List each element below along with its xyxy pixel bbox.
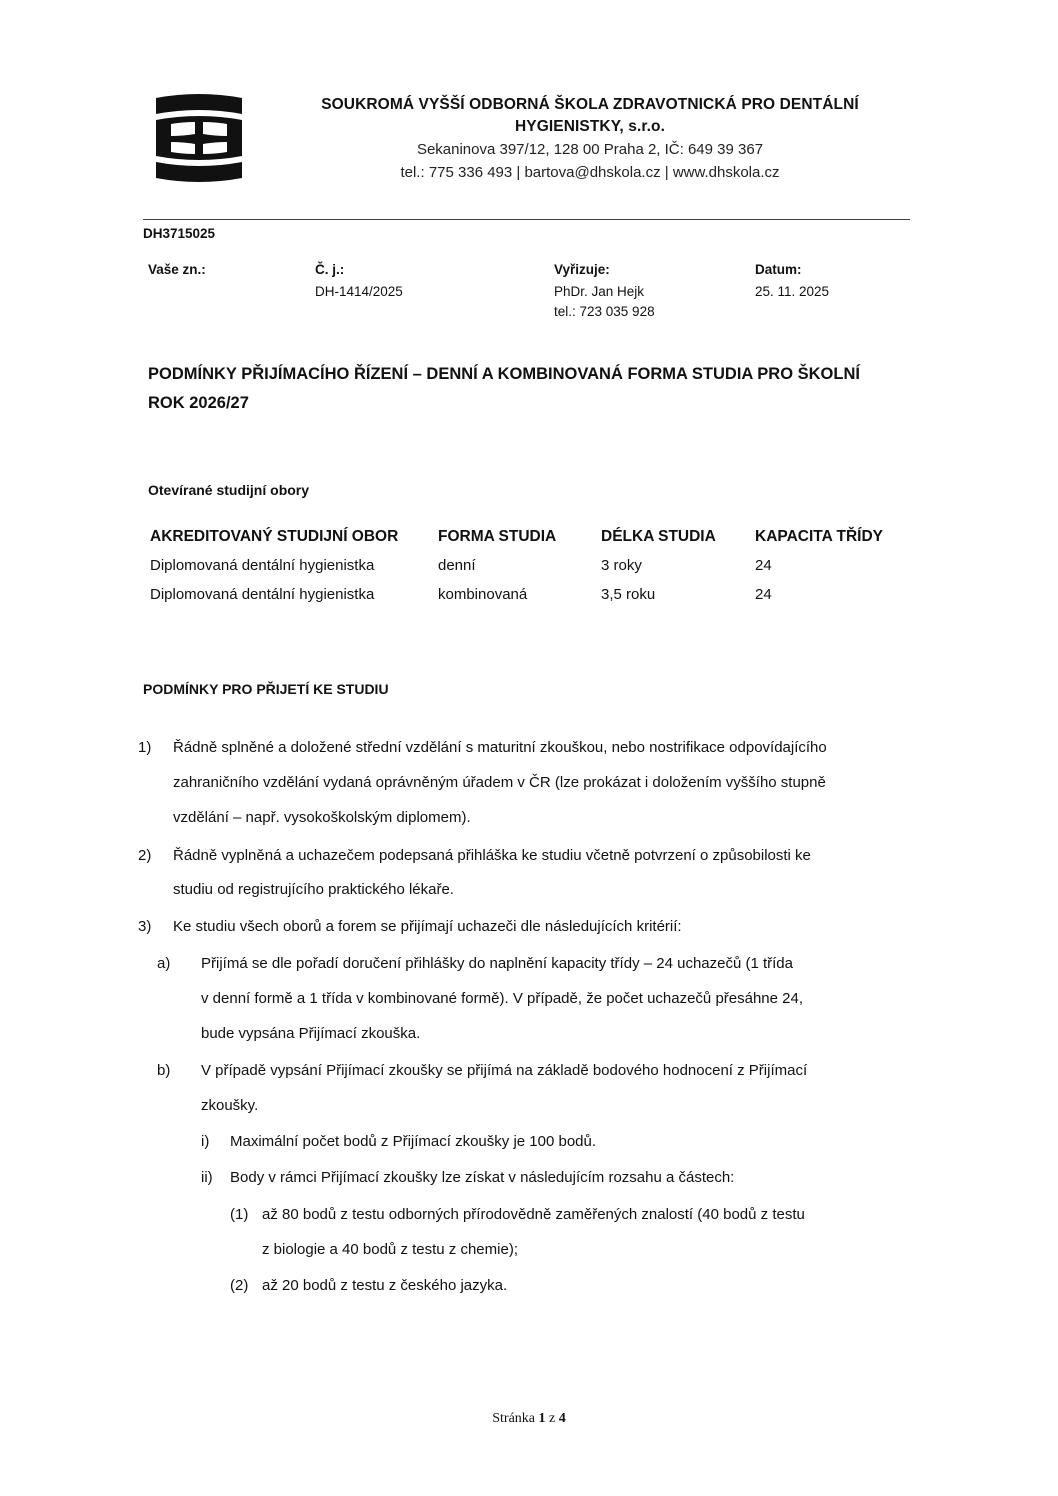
document-title-line1: PODMÍNKY PŘIJÍMACÍHO ŘÍZENÍ – DENNÍ A KO…: [148, 360, 918, 389]
list-text-line: Ke studiu všech oborů a forem se přijíma…: [173, 918, 682, 935]
page-of: z: [549, 1411, 555, 1426]
list-text-line: Řádně splněné a doložené střední vzdělán…: [173, 739, 827, 756]
organization-name: SOUKROMÁ VYŠŠÍ ODBORNÁ ŠKOLA ZDRAVOTNICK…: [295, 96, 885, 114]
list-text-line: z biologie a 40 bodů z testu z chemie);: [262, 1241, 518, 1258]
list-text-line: Řádně vyplněná a uchazečem podepsaná při…: [173, 847, 811, 864]
document-title-line2: ROK 2026/27: [148, 389, 918, 418]
ref-no-label: Č. j.:: [315, 262, 344, 277]
document-id: DH3715025: [143, 226, 215, 241]
list-text-line: zkoušky.: [201, 1097, 258, 1114]
list-text-line: vzdělání – např. vysokoškolským diplomem…: [173, 809, 471, 826]
list-marker: b): [157, 1062, 170, 1079]
col-header-length: DÉLKA STUDIA: [601, 528, 716, 546]
list-text-line: až 80 bodů z testu odborných přírodovědn…: [262, 1206, 805, 1223]
list-marker: (2): [230, 1277, 248, 1294]
list-text-line: bude vypsána Přijímací zkouška.: [201, 1025, 420, 1042]
handled-by-name: PhDr. Jan Hejk: [554, 284, 644, 299]
list-text-line: Body v rámci Přijímací zkoušky lze získa…: [230, 1169, 734, 1186]
your-ref-label: Vaše zn.:: [148, 262, 206, 277]
date-value: 25. 11. 2025: [755, 284, 829, 299]
school-logo-icon: [153, 92, 245, 184]
cell-capacity: 24: [755, 557, 772, 574]
list-marker: 2): [138, 847, 151, 864]
list-text-line: Přijímá se dle pořadí doručení přihlášky…: [201, 955, 793, 972]
list-marker: ii): [201, 1169, 213, 1186]
list-text-line: Maximální počet bodů z Přijímací zkoušky…: [230, 1133, 596, 1150]
date-label: Datum:: [755, 262, 802, 277]
cell-form: kombinovaná: [438, 586, 527, 603]
page-total: 4: [559, 1411, 566, 1426]
page-word: Stránka: [492, 1411, 535, 1426]
col-header-program: AKREDITOVANÝ STUDIJNÍ OBOR: [150, 528, 398, 546]
conditions-heading: PODMÍNKY PRO PŘIJETÍ KE STUDIU: [143, 681, 389, 697]
handled-by-phone: tel.: 723 035 928: [554, 304, 655, 319]
page-number: Stránka 1 z 4: [0, 1411, 1058, 1427]
programs-heading: Otevírané studijní obory: [148, 482, 309, 498]
list-marker: (1): [230, 1206, 248, 1223]
ref-no-value: DH-1414/2025: [315, 284, 403, 299]
cell-program: Diplomovaná dentální hygienistka: [150, 557, 374, 574]
cell-length: 3 roky: [601, 557, 642, 574]
handled-by-label: Vyřizuje:: [554, 262, 610, 277]
list-text-line: až 20 bodů z testu z českého jazyka.: [262, 1277, 507, 1294]
cell-program: Diplomovaná dentální hygienistka: [150, 586, 374, 603]
col-header-form: FORMA STUDIA: [438, 528, 556, 546]
cell-capacity: 24: [755, 586, 772, 603]
organization-name-cont: HYGIENISTKY, s.r.o.: [295, 118, 885, 136]
header-divider: [143, 219, 910, 220]
list-marker: 3): [138, 918, 151, 935]
list-marker: i): [201, 1133, 209, 1150]
organization-address: Sekaninova 397/12, 128 00 Praha 2, IČ: 6…: [295, 141, 885, 158]
page-current: 1: [539, 1411, 546, 1426]
list-marker: 1): [138, 739, 151, 756]
list-marker: a): [157, 955, 170, 972]
cell-form: denní: [438, 557, 476, 574]
cell-length: 3,5 roku: [601, 586, 655, 603]
list-text-line: zahraničního vzdělání vydaná oprávněným …: [173, 774, 826, 791]
list-text-line: studiu od registrujícího praktického lék…: [173, 881, 454, 898]
organization-contact: tel.: 775 336 493 | bartova@dhskola.cz |…: [295, 164, 885, 181]
col-header-capacity: KAPACITA TŘÍDY: [755, 528, 883, 546]
list-text-line: V případě vypsání Přijímací zkoušky se p…: [201, 1062, 807, 1079]
document-title: PODMÍNKY PŘIJÍMACÍHO ŘÍZENÍ – DENNÍ A KO…: [148, 360, 918, 418]
list-text-line: v denní formě a 1 třída v kombinované fo…: [201, 990, 803, 1007]
